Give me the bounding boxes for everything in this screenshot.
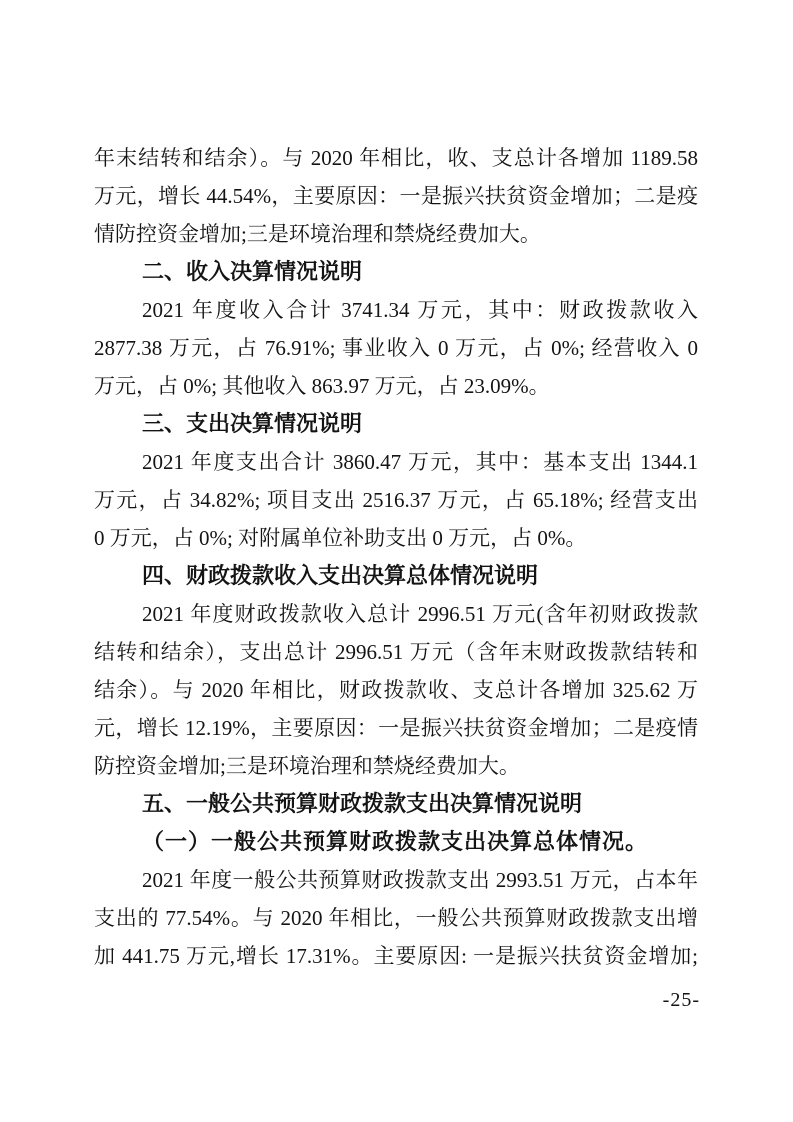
paragraph-1-line-2: 万元，增长 44.54%，主要原因：一是振兴扶贫资金增加；二是疫	[94, 177, 698, 215]
page-number: -25-	[663, 989, 700, 1012]
paragraph-4-line-3: 结余）。与 2020 年相比，财政拨款收、支总计各增加 325.62 万	[94, 671, 698, 709]
paragraph-2-line-3: 万元，占 0%; 其他收入 863.97 万元，占 23.09%。	[94, 367, 698, 405]
paragraph-3-line-1: 2021 年度支出合计 3860.47 万元，其中：基本支出 1344.1	[94, 443, 698, 481]
paragraph-2-line-2: 2877.38 万元，占 76.91%; 事业收入 0 万元，占 0%; 经营收…	[94, 329, 698, 367]
paragraph-5-line-1: 2021 年度一般公共预算财政拨款支出 2993.51 万元，占本年	[94, 861, 698, 899]
document-page: 年末结转和结余）。与 2020 年相比，收、支总计各增加 1189.58 万元，…	[0, 0, 793, 1122]
paragraph-3-line-2: 万元，占 34.82%; 项目支出 2516.37 万元，占 65.18%; 经…	[94, 481, 698, 519]
paragraph-4-line-2: 结转和结余），支出总计 2996.51 万元（含年末财政拨款结转和	[94, 633, 698, 671]
subsection-heading-overall-situation: （一）一般公共预算财政拨款支出决算总体情况。	[94, 823, 698, 861]
section-heading-income: 二、收入决算情况说明	[94, 253, 698, 291]
paragraph-4-line-5: 防控资金增加;三是环境治理和禁烧经费加大。	[94, 747, 698, 785]
section-heading-general-public-budget: 五、一般公共预算财政拨款支出决算情况说明	[94, 785, 698, 823]
section-heading-expenditure: 三、支出决算情况说明	[94, 405, 698, 443]
paragraph-4-line-4: 元，增长 12.19%，主要原因：一是振兴扶贫资金增加；二是疫情	[94, 709, 698, 747]
document-body: 年末结转和结余）。与 2020 年相比，收、支总计各增加 1189.58 万元，…	[94, 139, 698, 975]
section-heading-fiscal-appropriation: 四、财政拨款收入支出决算总体情况说明	[94, 557, 698, 595]
paragraph-1-line-3: 情防控资金增加;三是环境治理和禁烧经费加大。	[94, 215, 698, 253]
paragraph-3-line-3: 0 万元，占 0%; 对附属单位补助支出 0 万元，占 0%。	[94, 519, 698, 557]
paragraph-5-line-3: 加 441.75 万元,增长 17.31%。主要原因: 一是振兴扶贫资金增加;	[94, 937, 698, 975]
paragraph-4-line-1: 2021 年度财政拨款收入总计 2996.51 万元(含年初财政拨款	[94, 595, 698, 633]
paragraph-1-line-1: 年末结转和结余）。与 2020 年相比，收、支总计各增加 1189.58	[94, 139, 698, 177]
paragraph-2-line-1: 2021 年度收入合计 3741.34 万元，其中：财政拨款收入	[94, 291, 698, 329]
paragraph-5-line-2: 支出的 77.54%。与 2020 年相比，一般公共预算财政拨款支出增	[94, 899, 698, 937]
